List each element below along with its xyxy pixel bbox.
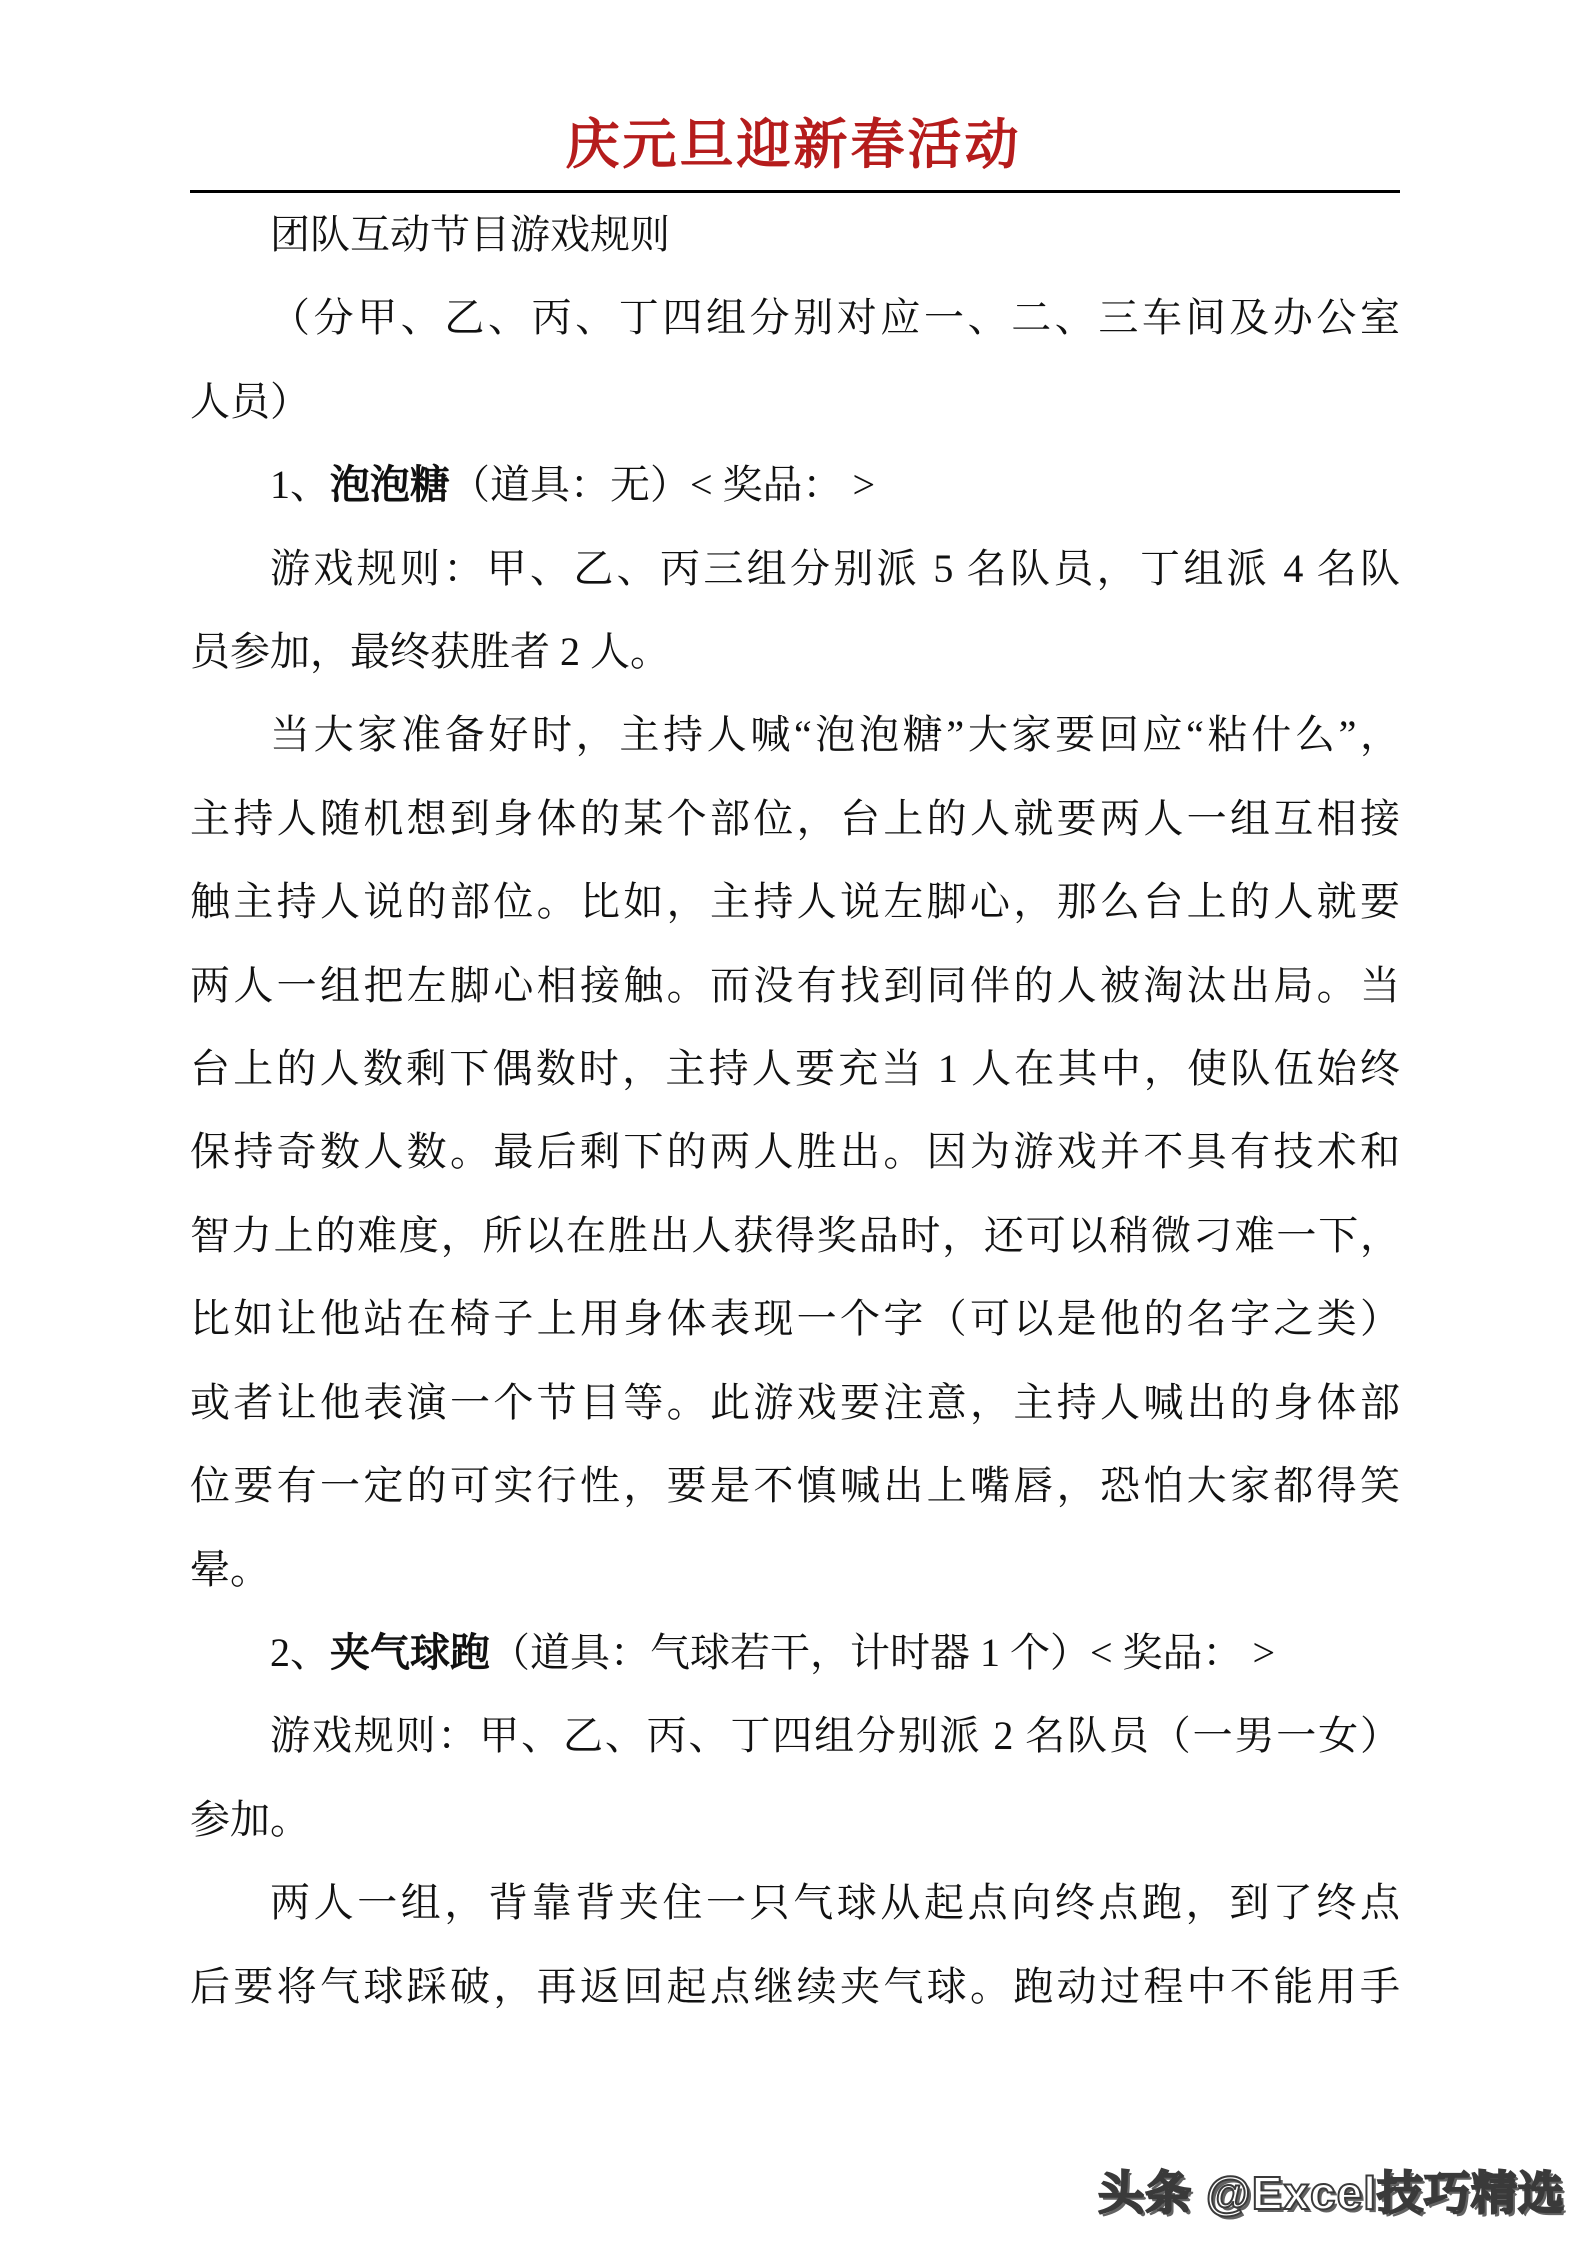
document-page: 庆元旦迎新春活动 团队互动节目游戏规则 （分甲、乙、丙、丁四组分别对应一、二、三…	[0, 0, 1587, 2245]
game2-meta: （道具：气球若干，计时器 1 个）< 奖品： >	[490, 1630, 1275, 1675]
text-line: 两人一组把左脚心相接触。而没有找到同伴的人被淘汰出局。当	[190, 944, 1400, 1027]
watermark: 头条 @Excel技巧精选	[1098, 2157, 1565, 2223]
game2-name: 夹气球跑	[330, 1630, 490, 1675]
text-line: 后要将气球踩破，再返回起点继续夹气球。跑动过程中不能用手	[190, 1945, 1400, 2028]
text-line: 两人一组，背靠背夹住一只气球从起点向终点跑，到了终点	[190, 1861, 1400, 1944]
game2-number: 2、	[270, 1630, 330, 1675]
game1-name: 泡泡糖	[330, 462, 450, 507]
text-line: 触主持人说的部位。比如，主持人说左脚心，那么台上的人就要	[190, 860, 1400, 943]
text-line: 主持人随机想到身体的某个部位，台上的人就要两人一组互相接	[190, 777, 1400, 860]
text-line: 位要有一定的可实行性，要是不慎喊出上嘴唇，恐怕大家都得笑	[190, 1444, 1400, 1527]
text-line: 或者让他表演一个节目等。此游戏要注意，主持人喊出的身体部	[190, 1361, 1400, 1444]
section-heading: 团队互动节目游戏规则	[190, 193, 1400, 276]
text-line: 游戏规则：甲、乙、丙、丁四组分别派 2 名队员（一男一女）	[190, 1694, 1400, 1777]
game1-heading: 1、泡泡糖（道具：无）< 奖品： >	[190, 443, 1400, 526]
text-line: 参加。	[190, 1778, 1400, 1861]
game1-number: 1、	[270, 462, 330, 507]
game2-heading: 2、夹气球跑（道具：气球若干，计时器 1 个）< 奖品： >	[190, 1611, 1400, 1694]
text-line: 游戏规则：甲、乙、丙三组分别派 5 名队员，丁组派 4 名队	[190, 527, 1400, 610]
text-line: 台上的人数剩下偶数时，主持人要充当 1 人在其中，使队伍始终	[190, 1027, 1400, 1110]
page-title: 庆元旦迎新春活动	[0, 0, 1587, 172]
text-line: 智力上的难度，所以在胜出人获得奖品时，还可以稍微刁难一下，	[190, 1194, 1400, 1277]
document-body: 团队互动节目游戏规则 （分甲、乙、丙、丁四组分别对应一、二、三车间及办公室 人员…	[190, 193, 1400, 2028]
text-line: 当大家准备好时，主持人喊“泡泡糖”大家要回应“粘什么”，	[190, 693, 1400, 776]
text-line: 员参加，最终获胜者 2 人。	[190, 610, 1400, 693]
text-line: 保持奇数人数。最后剩下的两人胜出。因为游戏并不具有技术和	[190, 1110, 1400, 1193]
text-line: （分甲、乙、丙、丁四组分别对应一、二、三车间及办公室	[190, 276, 1400, 359]
game1-meta: （道具：无）< 奖品： >	[450, 462, 875, 507]
text-line: 比如让他站在椅子上用身体表现一个字（可以是他的名字之类）	[190, 1277, 1400, 1360]
text-line: 晕。	[190, 1528, 1400, 1611]
text-line: 人员）	[190, 360, 1400, 443]
